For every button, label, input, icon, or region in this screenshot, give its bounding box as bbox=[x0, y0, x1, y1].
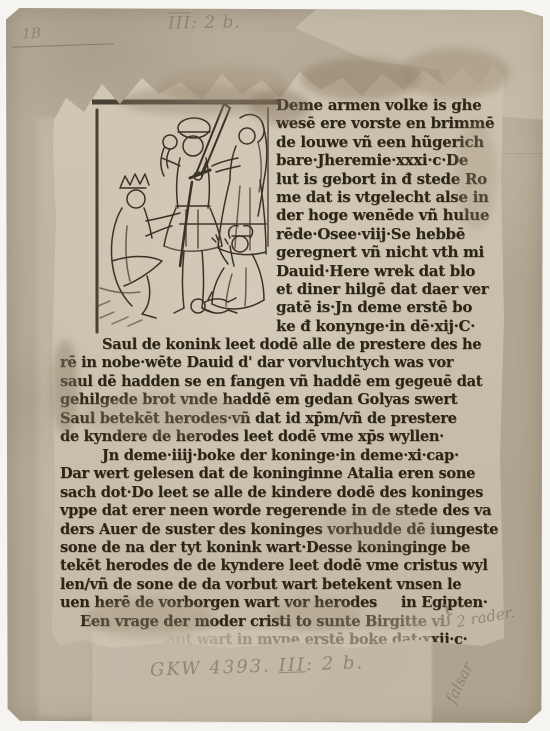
text-line: de louwe vñ een hũgerich bbox=[276, 133, 494, 151]
text-line: Saul betekēt herodes·vñ dat id xp̄m/vñ d… bbox=[60, 410, 506, 428]
column-text-block: Deme armen volke is ghe wesē ere vorste … bbox=[276, 96, 494, 335]
text-line: ders Auer de suster des koninges vorhudd… bbox=[60, 521, 506, 539]
annotation-top-left: 1B bbox=[22, 26, 42, 43]
printed-leaf: Deme armen volke is ghe wesē ere vorste … bbox=[52, 58, 504, 653]
text-line: saul dē hadden se en fangen vñ haddē em … bbox=[60, 373, 506, 391]
gkw-roman-numeral: III bbox=[278, 654, 306, 676]
text-line: geregnert vñ nicht vth mi bbox=[276, 243, 494, 261]
king-figure bbox=[111, 174, 180, 318]
text-line: lut is gebort in đ stede Ro bbox=[276, 170, 494, 188]
text-line: Jn deme·iiij·boke der koninge·in deme·xi… bbox=[60, 447, 506, 465]
text-line: wesē ere vorste en brimmē bbox=[276, 114, 494, 132]
text-line: gatē is·Jn deme erstē bo bbox=[276, 298, 494, 316]
annotation-shelfmark: : 2 b. bbox=[191, 12, 241, 33]
text-line: me dat is vtgelecht alse in bbox=[276, 188, 494, 206]
text-line: sone de na der tyt konink wart·Desse kon… bbox=[60, 539, 506, 557]
text-line: rēde·Osee·viij·Se hebbē bbox=[276, 225, 494, 243]
text-line: Dauid·Here wrek dat blo bbox=[276, 262, 494, 280]
text-line: vppe dat erer neen worde regerende in de… bbox=[60, 502, 506, 520]
text-line: bare·Jheremie·xxxi·c·De bbox=[276, 151, 494, 169]
text-line: gehilgede brot vnde haddē em gedan Golya… bbox=[60, 391, 506, 409]
text-line: Saul de konink leet dodē alle de prester… bbox=[60, 336, 506, 354]
text-line: der hoge wenēde vñ hulue bbox=[276, 206, 494, 224]
text-line: rē in nobe·wēte Dauid d' dar vorvluchtyc… bbox=[60, 354, 506, 372]
text-line: Dar wert gelesen dat de koninginne Atali… bbox=[60, 465, 506, 483]
text-line: len/vñ de sone de da vorbut wart beteken… bbox=[60, 576, 506, 594]
text-line: sach dot·Do leet se alle de kindere dodē… bbox=[60, 484, 506, 502]
slain-infant-figure bbox=[191, 292, 237, 313]
text-line: Deme armen volke is ghe bbox=[276, 96, 494, 114]
annotation-roman-numeral: III bbox=[168, 13, 192, 33]
soldier-figure bbox=[161, 104, 230, 313]
woodcut-illustration bbox=[92, 96, 280, 336]
text-line: tekēt herodes de de kyndere leet dodē vm… bbox=[60, 557, 506, 575]
text-line: Een vrage der moder cristi to sunte Birg… bbox=[60, 613, 506, 631]
woman-figure bbox=[212, 115, 267, 255]
scan-canvas: Deme armen volke is ghe wesē ere vorste … bbox=[0, 0, 550, 731]
woodcut-svg bbox=[92, 96, 280, 336]
gkw-shelfmark: : 2 b. bbox=[306, 652, 365, 675]
text-line: et diner hilgē dat daer ver bbox=[276, 280, 494, 298]
text-line: ke đ konynge·in dē·xij·C· bbox=[276, 317, 494, 335]
gkw-number: GKW 4393. bbox=[150, 655, 279, 680]
text-line: de kyndere de herodes leet dodē vme xp̄s… bbox=[60, 428, 506, 446]
annotation-top-center: III: 2 b. bbox=[168, 12, 241, 33]
